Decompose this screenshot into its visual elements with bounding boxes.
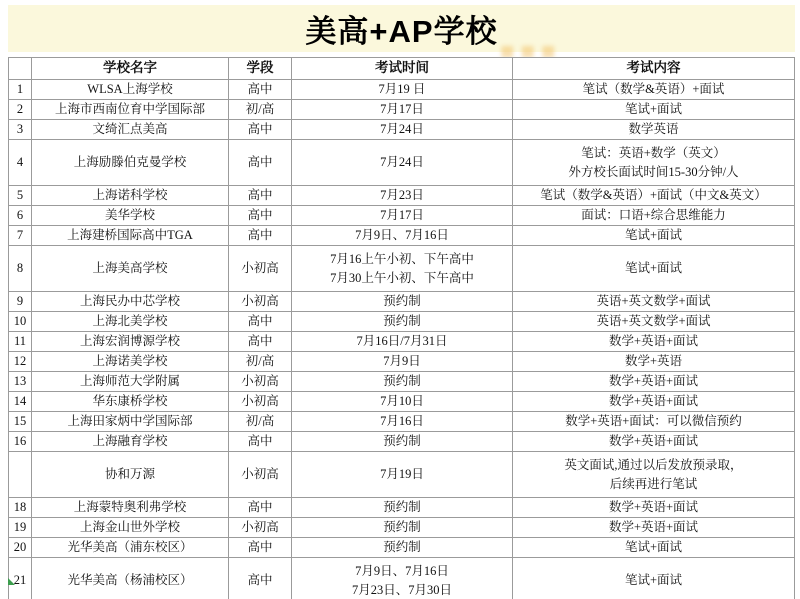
school-name-cell: 光华美高（浦东校区）	[32, 538, 229, 558]
school-name-cell: 协和万源	[32, 452, 229, 498]
exam-content-cell: 数学+英语+面试：可以微信预约	[513, 412, 795, 432]
exam-time-cell: 7月24日	[292, 120, 513, 140]
row-number-cell: 15	[9, 412, 32, 432]
school-name-cell: 上海市西南位育中学国际部	[32, 100, 229, 120]
row-number-cell: 5	[9, 186, 32, 206]
stage-cell: 高中	[229, 558, 292, 599]
row-number-cell: 9	[9, 292, 32, 312]
school-name-cell: 上海北美学校	[32, 312, 229, 332]
exam-time-cell: 7月19 日	[292, 80, 513, 100]
school-name-cell: 上海金山世外学校	[32, 518, 229, 538]
exam-time-cell: 7月17日	[292, 206, 513, 226]
row-number-cell: 11	[9, 332, 32, 352]
exam-content-cell: 数学+英语+面试	[513, 432, 795, 452]
stage-cell: 高中	[229, 80, 292, 100]
exam-time-cell: 7月19日	[292, 452, 513, 498]
row-number-cell: 19	[9, 518, 32, 538]
exam-time-cell: 7月9日、7月16日 7月23日、7月30日	[292, 558, 513, 599]
column-header-index	[9, 58, 32, 80]
exam-content-cell: 数学+英语+面试	[513, 332, 795, 352]
table-row: 12上海诺美学校初/高7月9日数学+英语	[9, 352, 795, 372]
school-name-cell: 上海师范大学附属	[32, 372, 229, 392]
school-name-cell: 上海诺科学校	[32, 186, 229, 206]
table-row: 6美华学校高中7月17日面试：口语+综合思维能力	[9, 206, 795, 226]
stage-cell: 高中	[229, 332, 292, 352]
school-name-cell: WLSA上海学校	[32, 80, 229, 100]
exam-content-cell: 笔试（数学&英语）+面试（中文&英文）	[513, 186, 795, 206]
stage-cell: 小初高	[229, 392, 292, 412]
exam-time-cell: 7月10日	[292, 392, 513, 412]
table-row: 10上海北美学校高中预约制英语+英文数学+面试	[9, 312, 795, 332]
exam-time-cell: 7月17日	[292, 100, 513, 120]
column-header-exam-time: 考试时间	[292, 58, 513, 80]
table-header-row: 学校名字 学段 考试时间 考试内容	[9, 58, 795, 80]
exam-content-cell: 笔试：英语+数学（英文） 外方校长面试时间15-30分钟/人	[513, 140, 795, 186]
exam-time-cell: 7月9日	[292, 352, 513, 372]
school-name-cell: 上海宏润博源学校	[32, 332, 229, 352]
school-name-cell: 上海建桥国际高中TGA	[32, 226, 229, 246]
stage-cell: 高中	[229, 186, 292, 206]
row-number-cell: 1	[9, 80, 32, 100]
exam-content-cell: 数学+英语	[513, 352, 795, 372]
stage-cell: 高中	[229, 206, 292, 226]
stage-cell: 高中	[229, 226, 292, 246]
row-number-cell: 10	[9, 312, 32, 332]
table-row: 14华东康桥学校小初高7月10日数学+英语+面试	[9, 392, 795, 412]
exam-content-cell: 英语+英文数学+面试	[513, 312, 795, 332]
exam-content-cell: 笔试+面试	[513, 558, 795, 599]
school-name-cell: 文绮汇点美高	[32, 120, 229, 140]
exam-time-cell: 预约制	[292, 538, 513, 558]
exam-time-cell: 7月9日、7月16日	[292, 226, 513, 246]
column-header-school-name: 学校名字	[32, 58, 229, 80]
stage-cell: 小初高	[229, 246, 292, 292]
exam-content-cell: 数学+英语+面试	[513, 498, 795, 518]
row-number-cell: 13	[9, 372, 32, 392]
row-number-cell: 6	[9, 206, 32, 226]
exam-time-cell: 预约制	[292, 372, 513, 392]
table-row: 20光华美高（浦东校区）高中预约制笔试+面试	[9, 538, 795, 558]
row-number-cell: 3	[9, 120, 32, 140]
exam-content-cell: 笔试+面试	[513, 246, 795, 292]
stage-cell: 初/高	[229, 352, 292, 372]
table-row: 11上海宏润博源学校高中7月16日/7月31日数学+英语+面试	[9, 332, 795, 352]
column-header-exam-content: 考试内容	[513, 58, 795, 80]
exam-time-cell: 预约制	[292, 312, 513, 332]
table-row: 16上海融育学校高中预约制数学+英语+面试	[9, 432, 795, 452]
exam-time-cell: 7月16日/7月31日	[292, 332, 513, 352]
exam-time-cell: 预约制	[292, 432, 513, 452]
stage-cell: 高中	[229, 538, 292, 558]
row-number-cell: 8	[9, 246, 32, 292]
exam-content-cell: 数学+英语+面试	[513, 518, 795, 538]
exam-time-cell: 7月16日	[292, 412, 513, 432]
exam-time-cell: 预约制	[292, 292, 513, 312]
exam-time-cell: 预约制	[292, 498, 513, 518]
stage-cell: 小初高	[229, 452, 292, 498]
stage-cell: 初/高	[229, 100, 292, 120]
table-row: 21光华美高（杨浦校区）高中7月9日、7月16日 7月23日、7月30日笔试+面…	[9, 558, 795, 599]
green-corner-marker	[8, 578, 15, 585]
row-number-cell: 18	[9, 498, 32, 518]
exam-content-cell: 英文面试,通过以后发放预录取， 后续再进行笔试	[513, 452, 795, 498]
row-number-cell: 2	[9, 100, 32, 120]
exam-content-cell: 面试：口语+综合思维能力	[513, 206, 795, 226]
table-row: 8上海美高学校小初高7月16上午小初、下午高中 7月30上午小初、下午高中笔试+…	[9, 246, 795, 292]
title-band: 美高+AP学校	[8, 5, 795, 52]
row-number-cell: 14	[9, 392, 32, 412]
row-number-cell: 12	[9, 352, 32, 372]
school-name-cell: 光华美高（杨浦校区）	[32, 558, 229, 599]
school-name-cell: 美华学校	[32, 206, 229, 226]
page-title: 美高+AP学校	[305, 6, 497, 51]
exam-content-cell: 英语+英文数学+面试	[513, 292, 795, 312]
stage-cell: 小初高	[229, 518, 292, 538]
exam-content-cell: 数学英语	[513, 120, 795, 140]
exam-content-cell: 笔试+面试	[513, 100, 795, 120]
exam-content-cell: 笔试+面试	[513, 226, 795, 246]
school-name-cell: 上海田家炳中学国际部	[32, 412, 229, 432]
table-row: 2上海市西南位育中学国际部初/高7月17日笔试+面试	[9, 100, 795, 120]
table-row: 19上海金山世外学校小初高预约制数学+英语+面试	[9, 518, 795, 538]
row-number-cell: 16	[9, 432, 32, 452]
stage-cell: 初/高	[229, 412, 292, 432]
school-name-cell: 上海蒙特奥利弗学校	[32, 498, 229, 518]
stage-cell: 高中	[229, 498, 292, 518]
exam-content-cell: 数学+英语+面试	[513, 372, 795, 392]
row-number-cell	[9, 452, 32, 498]
exam-time-cell: 7月23日	[292, 186, 513, 206]
school-name-cell: 上海美高学校	[32, 246, 229, 292]
stage-cell: 高中	[229, 140, 292, 186]
school-name-cell: 上海诺美学校	[32, 352, 229, 372]
table-row: 协和万源小初高7月19日英文面试,通过以后发放预录取， 后续再进行笔试	[9, 452, 795, 498]
stage-cell: 小初高	[229, 292, 292, 312]
exam-content-cell: 笔试（数学&英语）+面试	[513, 80, 795, 100]
table-row: 5上海诺科学校高中7月23日笔试（数学&英语）+面试（中文&英文）	[9, 186, 795, 206]
exam-content-cell: 笔试+面试	[513, 538, 795, 558]
school-name-cell: 上海融育学校	[32, 432, 229, 452]
table-row: 7上海建桥国际高中TGA高中7月9日、7月16日笔试+面试	[9, 226, 795, 246]
school-name-cell: 华东康桥学校	[32, 392, 229, 412]
row-number-cell: 4	[9, 140, 32, 186]
exam-time-cell: 7月24日	[292, 140, 513, 186]
stage-cell: 高中	[229, 312, 292, 332]
schools-table: 学校名字 学段 考试时间 考试内容 1WLSA上海学校高中7月19 日笔试（数学…	[8, 57, 795, 599]
row-number-cell: 7	[9, 226, 32, 246]
exam-time-cell: 预约制	[292, 518, 513, 538]
exam-time-cell: 7月16上午小初、下午高中 7月30上午小初、下午高中	[292, 246, 513, 292]
row-number-cell: 20	[9, 538, 32, 558]
school-name-cell: 上海民办中芯学校	[32, 292, 229, 312]
column-header-stage: 学段	[229, 58, 292, 80]
stage-cell: 高中	[229, 120, 292, 140]
table-row: 15上海田家炳中学国际部初/高7月16日数学+英语+面试：可以微信预约	[9, 412, 795, 432]
stage-cell: 高中	[229, 432, 292, 452]
table-row: 1WLSA上海学校高中7月19 日笔试（数学&英语）+面试	[9, 80, 795, 100]
page-root: { "title": "美高+AP学校", "colors": { "title…	[0, 0, 800, 599]
table-row: 13上海师范大学附属小初高预约制数学+英语+面试	[9, 372, 795, 392]
table-row: 18上海蒙特奥利弗学校高中预约制数学+英语+面试	[9, 498, 795, 518]
school-name-cell: 上海励滕伯克曼学校	[32, 140, 229, 186]
table-row: 3文绮汇点美高高中7月24日数学英语	[9, 120, 795, 140]
table-row: 4上海励滕伯克曼学校高中7月24日笔试：英语+数学（英文） 外方校长面试时间15…	[9, 140, 795, 186]
exam-content-cell: 数学+英语+面试	[513, 392, 795, 412]
stage-cell: 小初高	[229, 372, 292, 392]
table-row: 9上海民办中芯学校小初高预约制英语+英文数学+面试	[9, 292, 795, 312]
